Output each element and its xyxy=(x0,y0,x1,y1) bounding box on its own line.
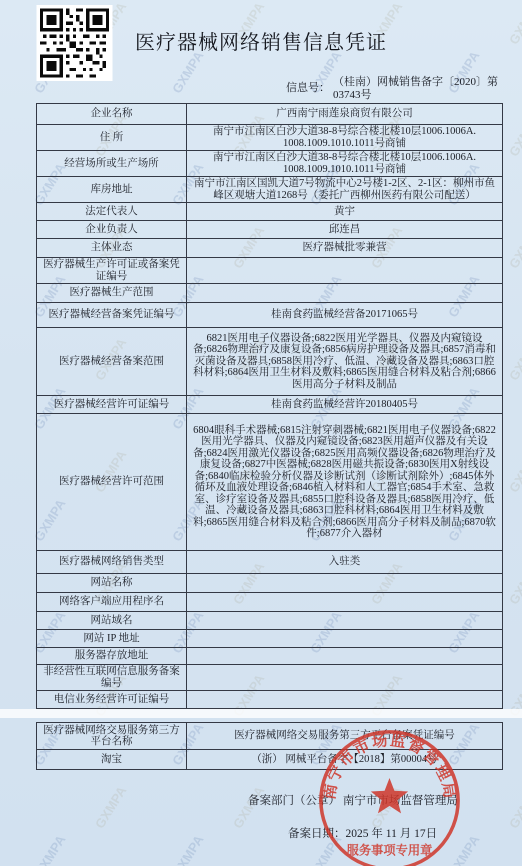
row-value xyxy=(187,593,502,611)
row-label: 医疗器械网络销售类型 xyxy=(37,551,187,573)
row-label: 医疗器械经营许可证编号 xyxy=(37,396,187,413)
certificate-page: GXMPA GXMPA xyxy=(0,0,522,866)
table-row: 法定代表人 黄宇 xyxy=(37,202,502,220)
table-row: 医疗器械经营许可范围 6804眼科手术器械;6815注射穿刺器械;6821医用电… xyxy=(37,413,502,550)
row-value xyxy=(187,648,502,664)
stamp-bottom-text: 服务事项专用章 xyxy=(347,842,433,857)
table-row: 非经营性互联网信息服务备案编号 xyxy=(37,664,502,690)
document-content: 医疗器械网络销售信息凭证 信息号： （桂南）网械销售备字〔2020〕第03743… xyxy=(0,0,522,866)
row-label: 网络客户端应用程序名 xyxy=(37,593,187,611)
row-value xyxy=(187,284,502,302)
table-row: 医疗器械网络销售类型 入驻类 xyxy=(37,550,502,573)
table-row: 电信业务经营许可证编号 xyxy=(37,690,502,708)
stamp-star-icon xyxy=(371,778,408,813)
row-label: 网站名称 xyxy=(37,574,187,592)
table-row: 网络客户端应用程序名 xyxy=(37,592,502,611)
info-number: 信息号： （桂南）网械销售备字〔2020〕第03743号 xyxy=(286,76,505,102)
row-value xyxy=(187,574,502,592)
row-label: 非经营性互联网信息服务备案编号 xyxy=(37,665,187,690)
row-value xyxy=(187,258,502,283)
row-value: 邱连昌 xyxy=(187,221,502,238)
table-row: 医疗器械经营备案凭证编号 桂南食药监械经营备20171065号 xyxy=(37,302,502,327)
row-label: 医疗器械生产范围 xyxy=(37,284,187,302)
table-row: 企业名称 广西南宁雨莲泉商贸有限公司 xyxy=(37,104,502,124)
table-row: 服务器存放地址 xyxy=(37,647,502,664)
row-value: 南宁市江南区白沙大道38-8号综合楼北楼10层1006.1006A. 1008.… xyxy=(187,125,502,150)
row-value xyxy=(187,630,502,647)
row-value: 入驻类 xyxy=(187,551,502,573)
row-label: 医疗器械生产许可证或备案凭证编号 xyxy=(37,258,187,283)
table-row: 经营场所或生产场所 南宁市江南区白沙大道38-8号综合楼北楼10层1006.10… xyxy=(37,150,502,176)
platform-name-value: 淘宝 xyxy=(37,750,187,769)
table-row: 医疗器械生产范围 xyxy=(37,283,502,302)
row-value: 桂南食药监械经营备20171065号 xyxy=(187,303,502,327)
row-value: 桂南食药监械经营许20180405号 xyxy=(187,396,502,413)
row-value xyxy=(187,612,502,629)
main-table: 企业名称 广西南宁雨莲泉商贸有限公司 住 所 南宁市江南区白沙大道38-8号综合… xyxy=(36,103,503,709)
row-label: 医疗器械经营备案范围 xyxy=(37,328,187,395)
row-value xyxy=(187,665,502,690)
info-number-value: （桂南）网械销售备字〔2020〕第03743号 xyxy=(333,76,505,102)
table-row: 医疗器械经营备案范围 6821医用电子仪器设备;6822医用光学器具、仪器及内窥… xyxy=(37,327,502,395)
row-value: 黄宇 xyxy=(187,203,502,220)
row-label: 医疗器械经营备案凭证编号 xyxy=(37,303,187,327)
row-value xyxy=(187,691,502,708)
scan-white-strip xyxy=(0,709,522,718)
table-row: 住 所 南宁市江南区白沙大道38-8号综合楼北楼10层1006.1006A. 1… xyxy=(37,124,502,150)
row-label: 网站 IP 地址 xyxy=(37,630,187,647)
row-label: 电信业务经营许可证编号 xyxy=(37,691,187,708)
table-gap xyxy=(36,709,503,722)
row-value: 南宁市江南区白沙大道38-8号综合楼北楼10层1006.1006A. 1008.… xyxy=(187,151,502,176)
row-label: 服务器存放地址 xyxy=(37,648,187,664)
platform-name-header: 医疗器械网络交易服务第三方平台名称 xyxy=(37,723,187,749)
table-row: 网站域名 xyxy=(37,611,502,629)
table-row: 网站名称 xyxy=(37,573,502,592)
page-title: 医疗器械网络销售信息凭证 xyxy=(0,26,522,55)
row-label: 主体业态 xyxy=(37,239,187,257)
table-row: 企业负责人 邱连昌 xyxy=(37,220,502,238)
table-row: 网站 IP 地址 xyxy=(37,629,502,647)
row-value: 广西南宁雨莲泉商贸有限公司 xyxy=(187,104,502,124)
official-stamp: 南宁市市场监督管理局 服务事项专用章 xyxy=(316,727,463,866)
info-number-label: 信息号： xyxy=(286,76,330,102)
row-value: 南宁市江南区国凯大道7号物流中心2号楼1-2区、2-1区：柳州市鱼峰区观塘大道1… xyxy=(187,177,502,202)
row-label: 医疗器械经营许可范围 xyxy=(37,414,187,550)
row-label: 法定代表人 xyxy=(37,203,187,220)
row-label: 库房地址 xyxy=(37,177,187,202)
table-row: 医疗器械经营许可证编号 桂南食药监械经营许20180405号 xyxy=(37,395,502,413)
row-value: 6821医用电子仪器设备;6822医用光学器具、仪器及内窥镜设备;6826物理治… xyxy=(187,328,502,395)
table-row: 医疗器械生产许可证或备案凭证编号 xyxy=(37,257,502,283)
row-value: 6804眼科手术器械;6815注射穿刺器械;6821医用电子仪器设备;6822医… xyxy=(187,414,502,550)
row-label: 住 所 xyxy=(37,125,187,150)
row-label: 经营场所或生产场所 xyxy=(37,151,187,176)
row-label: 企业名称 xyxy=(37,104,187,124)
table-row: 库房地址 南宁市江南区国凯大道7号物流中心2号楼1-2区、2-1区：柳州市鱼峰区… xyxy=(37,176,502,202)
row-value: 医疗器械批零兼营 xyxy=(187,239,502,257)
row-label: 企业负责人 xyxy=(37,221,187,238)
row-label: 网站域名 xyxy=(37,612,187,629)
table-row: 主体业态 医疗器械批零兼营 xyxy=(37,238,502,257)
